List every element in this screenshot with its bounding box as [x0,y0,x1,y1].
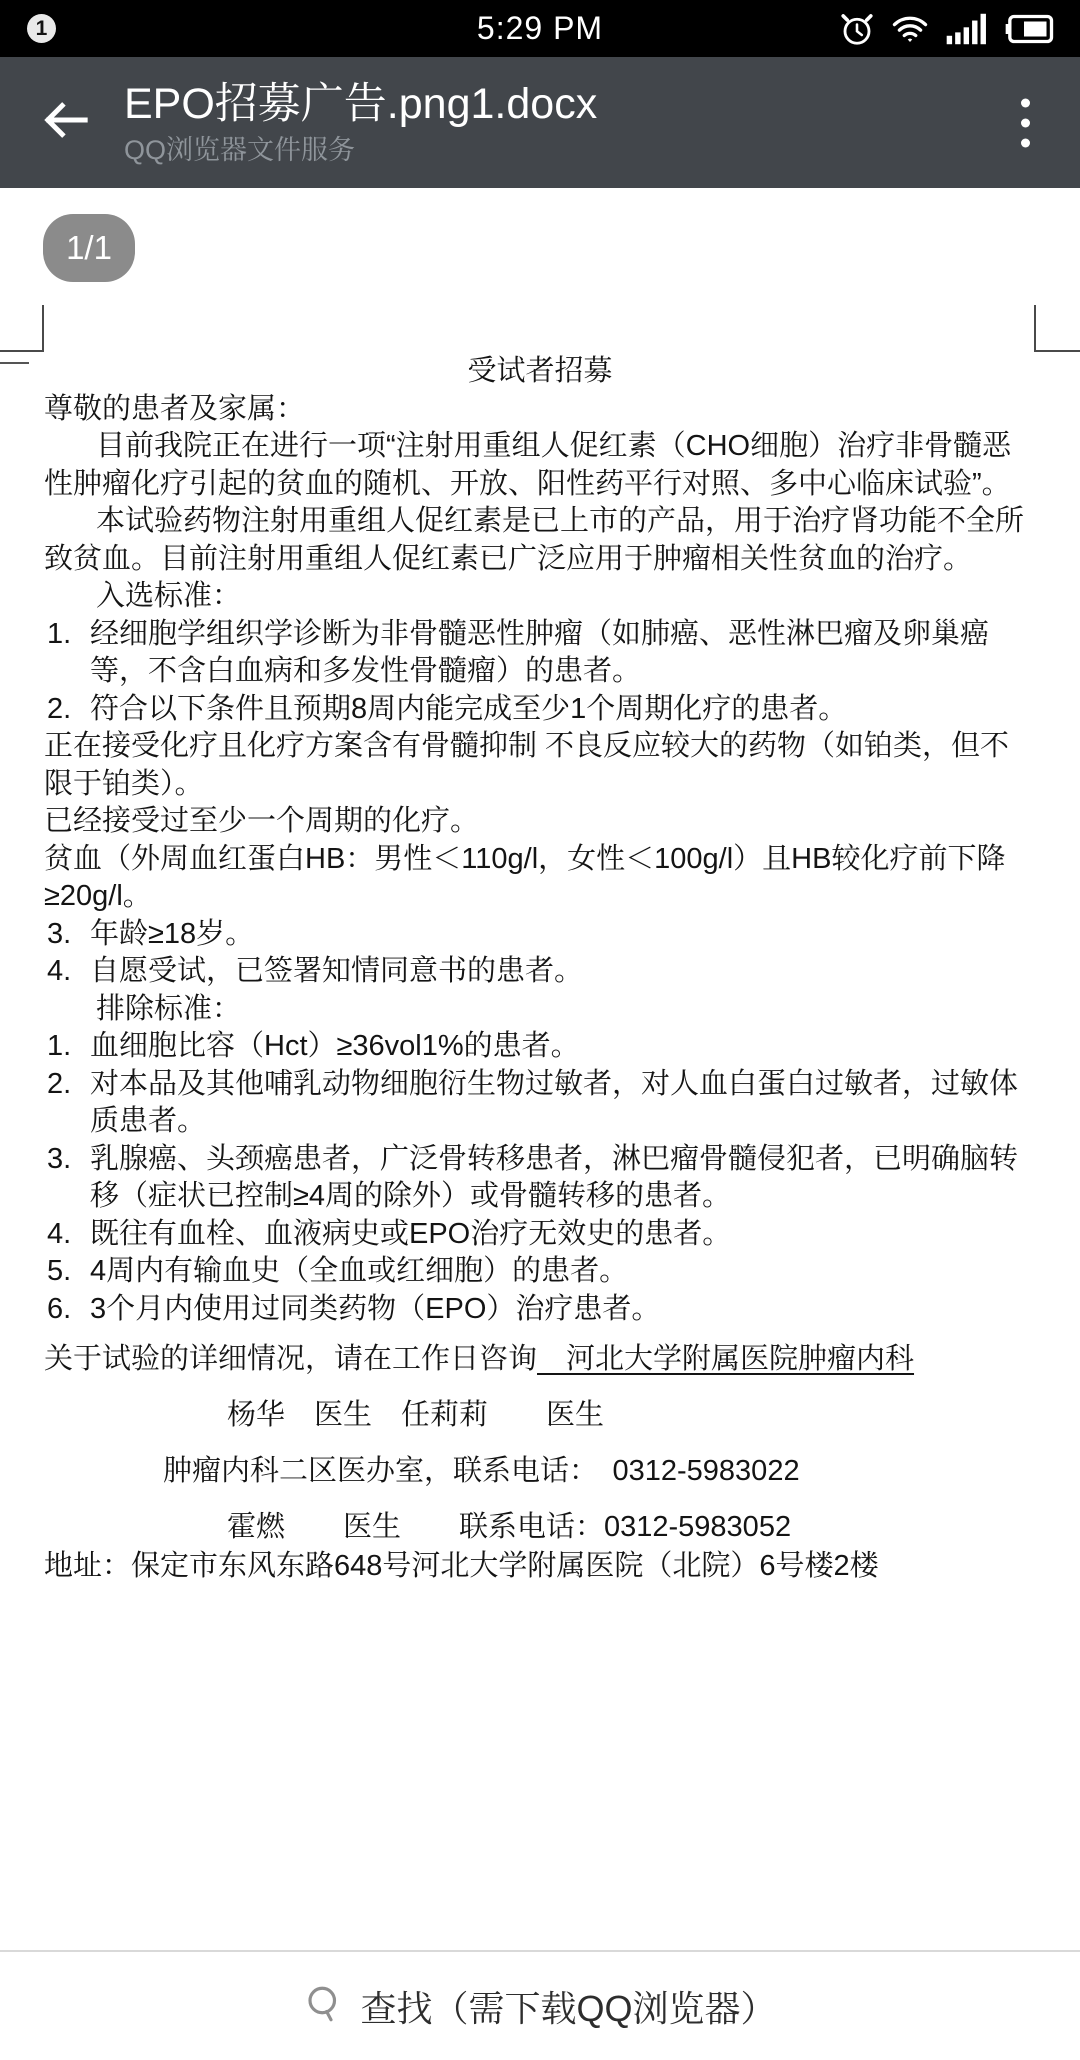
doc-paragraph: 贫血（外周血红蛋白HB：男性＜110g/l，女性＜100g/l）且HB较化疗前下… [44,841,1036,916]
contact-info-line: 关于试验的详细情况，请在工作日咨询 河北大学附属医院肿瘤内科 [44,1341,1036,1379]
doc-title: 受试者招募 [44,353,1036,391]
list-text: 年龄≥18岁。 [90,918,254,950]
inclusion-item: 3. 年龄≥18岁。 [44,916,1036,954]
list-text: 经细胞学组织学诊断为非骨髓恶性肿瘤（如肺癌、恶性淋巴瘤及卵巢癌等，不含白血病和多… [90,618,989,688]
doc-paragraph: 已经接受过至少一个周期的化疗。 [44,803,1036,841]
doc-paragraph: 目前我院正在进行一项“注射用重组人促红素（CHO细胞）治疗非骨髓恶性肿瘤化疗引起… [44,428,1036,503]
doc-paragraph: 正在接受化疗且化疗方案含有骨髓抑制 不良反应较大的药物（如铂类，但不限于铂类）。 [44,728,1036,803]
doctor2-phone-line: 霍燃 医生 联系电话：0312-5983052 [44,1509,1036,1547]
inclusion-item: 2. 符合以下条件且预期8周内能完成至少1个周期化疗的患者。 [44,691,1036,729]
list-text: 符合以下条件且预期8周内能完成至少1个周期化疗的患者。 [90,693,847,725]
contact-prefix: 关于试验的详细情况，请在工作日咨询 [44,1343,537,1375]
alarm-icon [839,10,875,48]
page-corner-mark-left [0,305,44,352]
office-phone-line: 肿瘤内科二区医办室，联系电话： 0312-5983022 [44,1453,1036,1491]
exclusion-item: 3. 乳腺癌、头颈癌患者，广泛骨转移患者，淋巴瘤骨髓侵犯者，已明确脑转移（症状已… [44,1141,1036,1216]
list-number: 3. [47,916,71,954]
header-titles: EPO招募广告.png1.docx QQ浏览器文件服务 [124,78,597,168]
list-text: 3个月内使用过同类药物（EPO）治疗患者。 [90,1293,660,1325]
status-bar: 1 5:29 PM [0,0,1080,57]
list-text: 自愿受试，已签署知情同意书的患者。 [90,955,583,987]
page-indicator-badge: 1/1 [43,214,135,282]
exclusion-item: 6. 3个月内使用过同类药物（EPO）治疗患者。 [44,1291,1036,1329]
file-title: EPO招募广告.png1.docx [124,78,597,130]
search-icon [303,1983,345,2030]
inclusion-item: 4. 自愿受试，已签署知情同意书的患者。 [44,953,1036,991]
exclusion-criteria-heading: 排除标准： [44,991,1036,1029]
phone-screen: 1 5:29 PM [0,0,1080,2060]
battery-icon [1004,10,1054,48]
list-number: 4. [47,953,71,991]
doc-paragraph: 本试验药物注射用重组人促红素是已上市的产品，用于治疗肾功能不全所致贫血。目前注射… [44,503,1036,578]
list-number: 6. [47,1291,71,1329]
inclusion-item: 1. 经细胞学组织学诊断为非骨髓恶性肿瘤（如肺癌、恶性淋巴瘤及卵巢癌等，不含白血… [44,616,1036,691]
exclusion-item: 5. 4周内有输血史（全血或红细胞）的患者。 [44,1253,1036,1291]
list-number: 4. [47,1216,71,1254]
inclusion-criteria-heading: 入选标准： [44,578,1036,616]
address-line: 地址：保定市东风东路648号河北大学附属医院（北院）6号楼2楼 [44,1548,1036,1586]
overflow-menu-button[interactable] [1013,90,1038,155]
doctors-line: 杨华 医生 任莉莉 医生 [44,1397,1036,1435]
file-service-subtitle: QQ浏览器文件服务 [124,132,597,168]
list-number: 1. [47,616,71,654]
status-icons [839,0,1054,57]
list-text: 乳腺癌、头颈癌患者，广泛骨转移患者，淋巴瘤骨髓侵犯者，已明确脑转移（症状已控制≥… [90,1143,1018,1213]
list-text: 对本品及其他哺乳动物细胞衍生物过敏者，对人血白蛋白过敏者，过敏体质患者。 [90,1068,1018,1138]
signal-icon [945,10,989,48]
list-text: 既往有血栓、血液病史或EPO治疗无效史的患者。 [90,1218,731,1250]
exclusion-item: 1. 血细胞比容（Hct）≥36vol1%的患者。 [44,1028,1036,1066]
list-text: 血细胞比容（Hct）≥36vol1%的患者。 [90,1030,580,1062]
app-header: EPO招募广告.png1.docx QQ浏览器文件服务 [0,57,1080,188]
find-in-doc-button[interactable]: 查找（需下载QQ浏览器） [0,1950,1080,2060]
doc-greeting: 尊敬的患者及家属： [44,391,1036,429]
page-corner-mark-right [1034,305,1080,352]
exclusion-item: 4. 既往有血栓、血液病史或EPO治疗无效史的患者。 [44,1216,1036,1254]
document-viewport[interactable]: 受试者招募 尊敬的患者及家属： 目前我院正在进行一项“注射用重组人促红素（CHO… [0,352,1080,1586]
wifi-icon [890,10,930,48]
list-number: 2. [47,1066,71,1104]
list-text: 4周内有输血史（全血或红细胞）的患者。 [90,1255,628,1287]
list-number: 1. [47,1028,71,1066]
hospital-department-underlined: 河北大学附属医院肿瘤内科 [537,1343,914,1375]
back-arrow-icon [40,130,92,147]
back-button[interactable] [30,87,102,158]
exclusion-item: 2. 对本品及其他哺乳动物细胞衍生物过敏者，对人血白蛋白过敏者，过敏体质患者。 [44,1066,1036,1141]
overflow-menu-icon [1021,98,1030,107]
list-number: 2. [47,691,71,729]
list-number: 3. [47,1141,71,1179]
list-number: 5. [47,1253,71,1291]
find-button-label: 查找（需下载QQ浏览器） [360,1981,776,2032]
